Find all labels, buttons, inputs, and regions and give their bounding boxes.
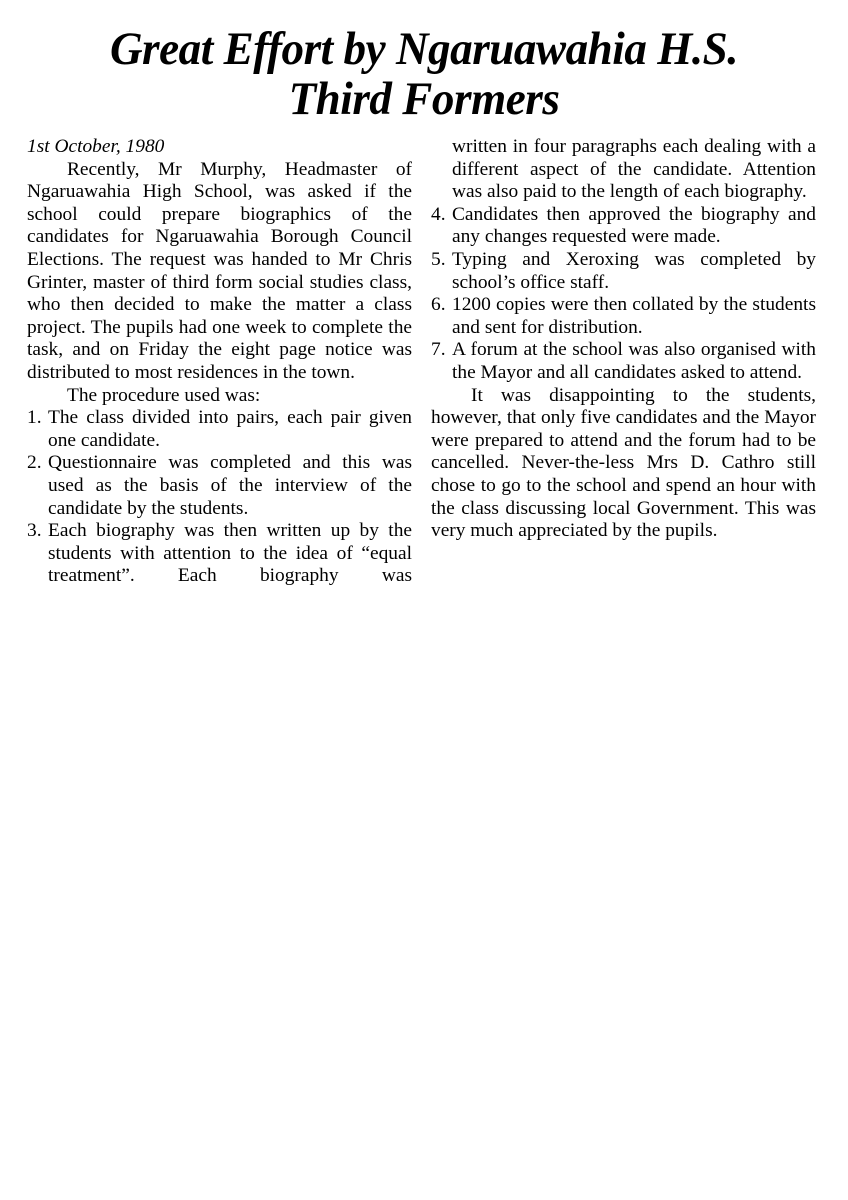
procedure-item-4: 4. Candidates then approved the biograph… xyxy=(431,204,816,249)
intro-paragraph: Recently, Mr Murphy, Headmaster of Ngaru… xyxy=(27,159,412,385)
procedure-item-3: 3. Each biography was then written up by… xyxy=(27,520,412,588)
item-number: 1. xyxy=(27,407,42,430)
closing-paragraph: It was disappointing to the students, ho… xyxy=(431,385,816,543)
procedure-item-1: 1. The class divided into pairs, each pa… xyxy=(27,407,412,452)
item-text: 1200 copies were then collated by the st… xyxy=(452,294,816,338)
item-number: 3. xyxy=(27,520,42,543)
item-number: 7. xyxy=(431,339,446,362)
item-text: The class divided into pairs, each pair … xyxy=(48,407,412,451)
title-line-1: Great Effort by Ngaruawahia H.S. xyxy=(17,24,831,74)
procedure-item-7: 7. A forum at the school was also organi… xyxy=(431,339,816,384)
item-number: 6. xyxy=(431,294,446,317)
procedure-item-3-continuation: written in four paragraphs each dealing … xyxy=(431,136,816,204)
item-number: 2. xyxy=(27,452,42,475)
procedure-item-6: 6. 1200 copies were then collated by the… xyxy=(431,294,816,339)
dateline: 1st October, 1980 xyxy=(27,136,412,159)
procedure-item-2: 2. Questionnaire was completed and this … xyxy=(27,452,412,520)
item-text: Questionnaire was completed and this was… xyxy=(48,452,412,518)
title-line-2: Third Formers xyxy=(17,74,831,124)
item-text: Candidates then approved the biography a… xyxy=(452,204,816,248)
item-number: 4. xyxy=(431,204,446,227)
item-number: 5. xyxy=(431,249,446,272)
procedure-heading: The procedure used was: xyxy=(27,385,412,408)
item-text: Typing and Xeroxing was completed by sch… xyxy=(452,249,816,293)
left-column: 1st October, 1980 Recently, Mr Murphy, H… xyxy=(27,136,412,588)
item-text: A forum at the school was also organised… xyxy=(452,339,816,383)
item-text: Each biography was then written up by th… xyxy=(48,520,412,586)
right-column: written in four paragraphs each dealing … xyxy=(431,136,816,543)
article-title: Great Effort by Ngaruawahia H.S. Third F… xyxy=(17,24,831,124)
procedure-item-5: 5. Typing and Xeroxing was completed by … xyxy=(431,249,816,294)
